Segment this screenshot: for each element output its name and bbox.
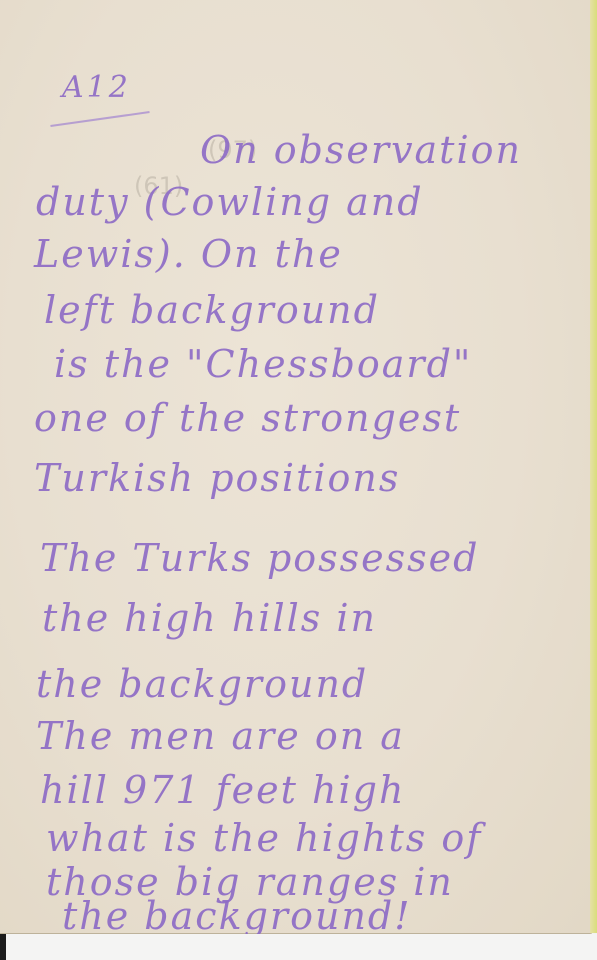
reference-underline xyxy=(50,111,149,127)
card-edge-right xyxy=(590,0,597,933)
text-line-7: Turkish positions xyxy=(34,456,400,500)
text-line-10: the background xyxy=(36,662,368,706)
scan-border-left xyxy=(0,934,6,960)
text-line-8: The Turks possessed xyxy=(40,536,480,580)
text-line-3: Lewis). On the xyxy=(34,232,343,276)
text-line-9: the high hills in xyxy=(42,596,377,640)
scan-background xyxy=(0,934,597,960)
text-line-6: one of the strongest xyxy=(34,396,461,440)
text-line-2: duty (Cowling and xyxy=(36,180,424,224)
text-line-13: what is the hights of xyxy=(46,816,482,860)
text-line-15: the background! xyxy=(62,894,412,938)
text-line-5: is the "Chessboard" xyxy=(54,342,472,386)
text-line-4: left background xyxy=(44,288,380,332)
text-line-11: The men are on a xyxy=(36,714,405,758)
text-line-12: hill 971 feet high xyxy=(40,768,405,812)
text-line-1: On observation xyxy=(200,128,522,172)
postcard-back: A12 (97) (61) On observation duty (Cowli… xyxy=(0,0,591,934)
reference-number: A12 xyxy=(62,70,131,105)
